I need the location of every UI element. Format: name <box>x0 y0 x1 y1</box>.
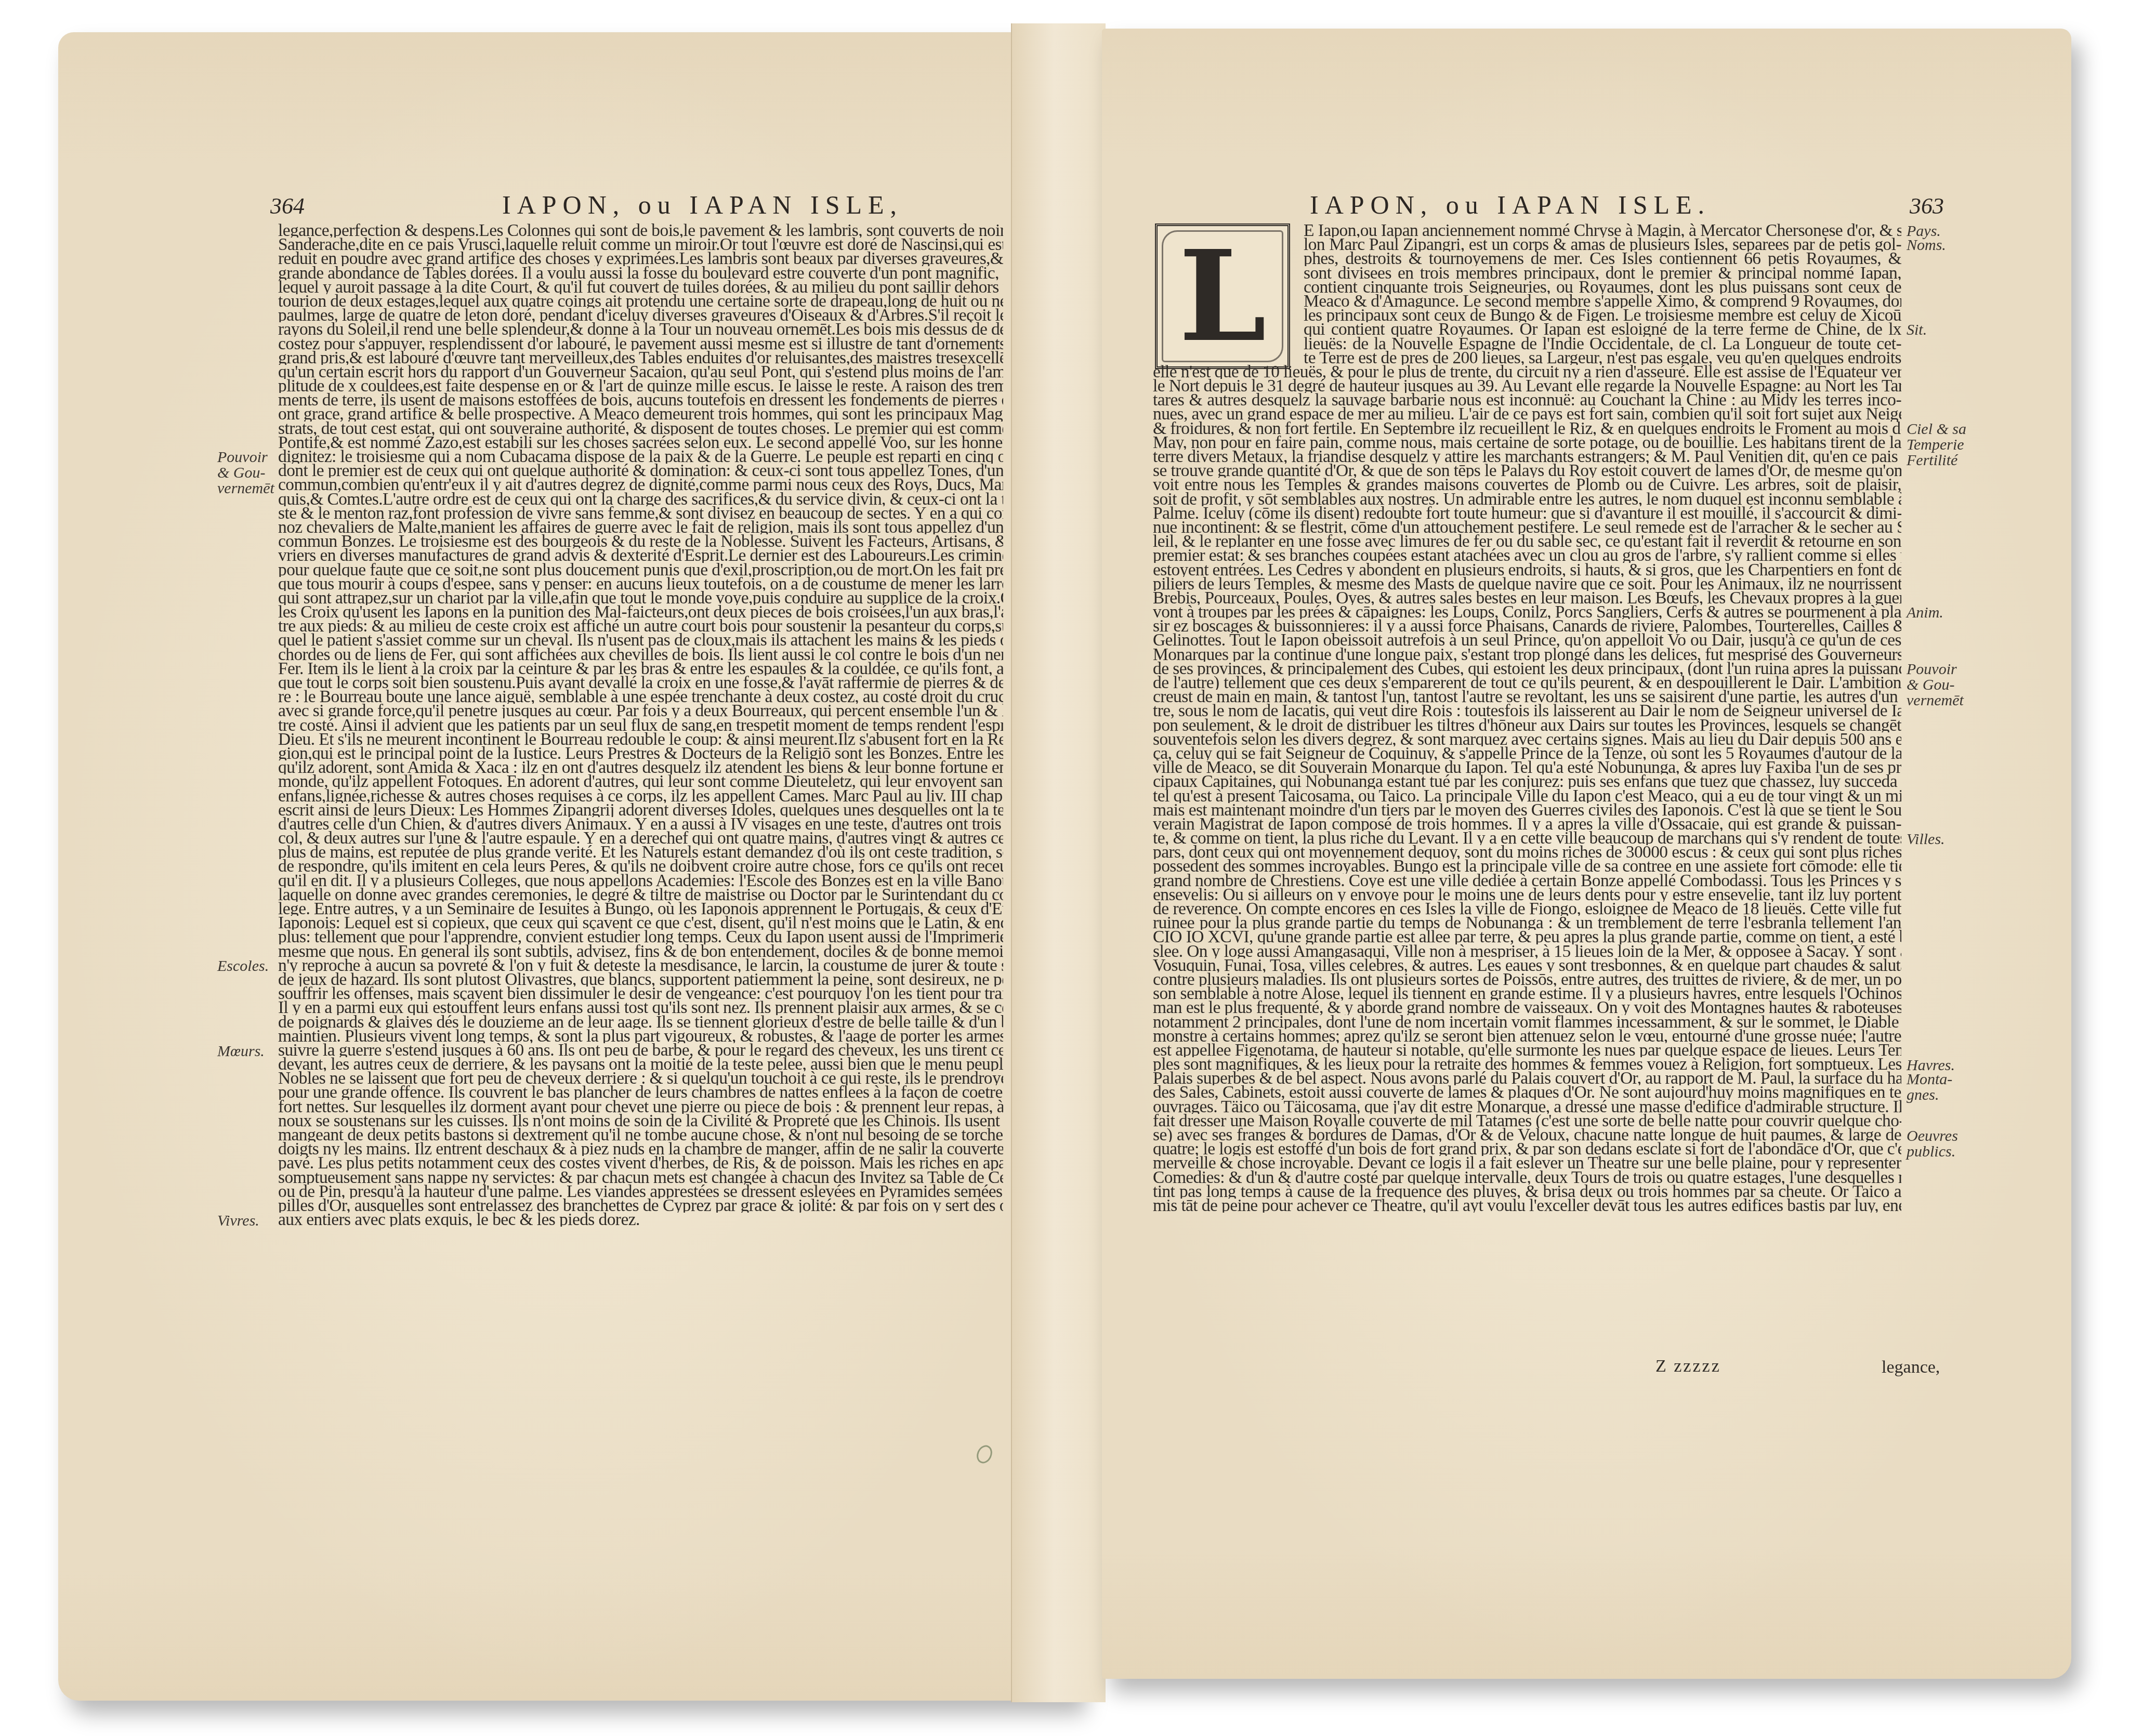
left-page-body: legance,perfection & despens.Les Colonne… <box>278 223 1003 1227</box>
margin-note: Monta- gnes. <box>1907 1072 1952 1103</box>
text-line: d'autres celle d'un Chien, & d'autres di… <box>278 817 1003 831</box>
text-line: escrit ainsi de leurs Dieux: Les Hommes … <box>278 803 1003 817</box>
text-line: qu'un certain escrit hors du rapport d'u… <box>278 365 1003 379</box>
text-line: souventefois selon les divers degrez, & … <box>1153 732 1901 746</box>
text-line: cipaux Capitaines, qui Nobunanga estant … <box>1153 774 1901 788</box>
text-line: devant, les autres ceux de derriere, & l… <box>278 1057 1003 1071</box>
text-line: tre, sous le nom de Iacatis, qui veut di… <box>1153 704 1901 718</box>
text-line: creust de main en main, & tantost l'un, … <box>1153 690 1901 704</box>
left-page-header: 364 IAPON, ou IAPAN ISLE, <box>270 190 1029 220</box>
running-title: IAPON, ou IAPAN ISLE. <box>1310 190 1711 220</box>
text-line: que tout le corps soit bien soustenu.Pui… <box>278 676 1003 690</box>
margin-note: Noms. <box>1907 238 1946 253</box>
text-line: Brebis, Pourceaux, Poules, Oyes, & autre… <box>1153 591 1901 605</box>
text-line: lege. Entre autres, y a un Seminaire de … <box>278 902 1003 916</box>
text-line: E Iapon,ou Iapan anciennement nommé Chry… <box>1304 223 1901 238</box>
text-line: sont divisees en trois membres principau… <box>1304 266 1901 280</box>
text-line: tel qu'est à present Taicosama, ou Taico… <box>1153 789 1901 803</box>
text-line: Fer. Item ils le lient à la croix par la… <box>278 662 1003 676</box>
text-line: grande abondance de Tables dorées. Il a … <box>278 266 1003 280</box>
text-line: enfans,lignée,richesse & autres choses r… <box>278 789 1003 803</box>
text-line: vont à troupes par les prées & cāpaignes… <box>1153 605 1901 619</box>
text-line: lon Marc Paul Zipangri, est un corps & a… <box>1304 238 1901 252</box>
running-title: IAPON, ou IAPAN ISLE, <box>502 190 903 220</box>
text-line: est appellee Figenotama, de hauteur si n… <box>1153 1043 1901 1057</box>
text-line: nues, avec un grand espace de mer au mil… <box>1153 407 1901 421</box>
text-line: fort nettes. Sur lesquelles ilz dorment … <box>278 1100 1003 1114</box>
text-line: se trouve grande quantité d'Or, & que de… <box>1153 464 1901 478</box>
text-line: fait dresser une Maison Royalle couverte… <box>1153 1114 1901 1128</box>
text-line: quel le patient s'assiet comme sur un ch… <box>278 633 1003 647</box>
text-line: pars, dont ceux qui ont moyennement dequ… <box>1153 845 1901 859</box>
text-line: qui contient quatre Royaumes. Or Iapan e… <box>1304 322 1901 336</box>
text-line: tares & autres desquelz la sauvage barba… <box>1153 393 1901 407</box>
text-line: elle n'est que de 10 lieuës, & pour le p… <box>1153 365 1901 379</box>
text-line: pavé. Les plus petits notamment ceux des… <box>278 1156 1003 1170</box>
text-line: legance,perfection & despens.Les Colonne… <box>278 223 1003 238</box>
text-line: plitude de x couldees,est faite despense… <box>278 379 1003 393</box>
text-line: tourion de deux estages,lequel aux quatr… <box>278 294 1003 308</box>
text-line: gion,qui est le principal point de la Iu… <box>278 746 1003 760</box>
text-line: ples sont magnifiques, & les lieux pour … <box>1153 1057 1901 1071</box>
text-line: piliers de leurs Temples, & mesme des Ma… <box>1153 577 1901 591</box>
text-line: ste & le menton raz,font profession de v… <box>278 506 1003 520</box>
text-line: possedent des sommes incroyables. Bungo … <box>1153 859 1901 873</box>
text-line: terre divers Metaux, la friandise desque… <box>1153 450 1901 464</box>
text-line: estoyent entrées. Les Cedres y abondent … <box>1153 563 1901 577</box>
text-line: le Nort depuis le 31 degré de hauteur ju… <box>1153 379 1901 393</box>
text-line: Comedies: & d'un & d'autre costé par que… <box>1153 1171 1901 1185</box>
margin-note: Pouvoir & Gou- vernemēt <box>1907 662 1964 708</box>
text-line: son semblable à notre Alose, lequel ils … <box>1153 987 1901 1001</box>
text-line: verain Magistrat de Iapon composé de tro… <box>1153 817 1901 831</box>
text-line: mais est maintenant moindre d'un tiers p… <box>1153 803 1901 817</box>
margin-note: Sit. <box>1907 322 1927 338</box>
text-line: Palais superbes & de bel aspect. Nous av… <box>1153 1071 1901 1085</box>
text-line: premier estat: & ses branches coupées es… <box>1153 548 1901 562</box>
text-line: Dieu. Et s'ils ne meurent incontinent le… <box>278 732 1003 746</box>
text-line: Gelinottes. Tout le Iapon obeissoit autr… <box>1153 633 1901 647</box>
text-line: les principaux sont ceux de Bungo & de F… <box>1304 308 1901 322</box>
text-line: monde, qu'ilz appellent Fotoques. En ado… <box>278 774 1003 788</box>
text-line: sir ez boscages & buissonnieres: il y a … <box>1153 619 1901 633</box>
text-line: mangeant de deux petits bastons si dextr… <box>278 1128 1003 1142</box>
text-line: ruinee pour la plus grande partie du tem… <box>1153 916 1901 930</box>
text-line: paulmes, large de quatre de leton doré, … <box>278 308 1003 322</box>
text-line: Vosuquin, Funai, Tosa, villes celebres, … <box>1153 958 1901 972</box>
text-line: ça, celuy qui se fait Seigneur de Coquin… <box>1153 746 1901 760</box>
text-line: somptueusement sans nappe ny servictes: … <box>278 1171 1003 1185</box>
text-line: ou de Pin, presqu'à la hauteur d'une pal… <box>278 1185 1003 1199</box>
text-line: nue incontinent: & se flestrit, cōme d'u… <box>1153 520 1901 534</box>
text-line: soit de profit, y sōt semblables aux nos… <box>1153 492 1901 506</box>
page-number: 364 <box>270 193 305 219</box>
margin-note: Villes. <box>1907 832 1945 847</box>
text-line: avec si grande force,qu'il penetre jusqu… <box>278 704 1003 718</box>
text-line: col, & deux autres sur l'une & l'autre e… <box>278 831 1003 845</box>
text-line: pilles d'Or, ausquelles sont entrelassez… <box>278 1199 1003 1213</box>
text-line: merveille & chose incroyable. Devant ce … <box>1153 1156 1901 1170</box>
text-line: Pontife,& est nommé Zazo,est estabili su… <box>278 436 1003 450</box>
text-line: te Terre est de pres de 200 lieues, sa L… <box>1304 351 1901 365</box>
text-line: phes, destroits & tournoyemens de mer. C… <box>1304 252 1901 266</box>
text-line: contient cinquante trois Seigneuries, ou… <box>1304 280 1901 294</box>
text-line: chordes ou de liens de Fer, qui sont aff… <box>278 648 1003 662</box>
text-line: strats, de tout cest estat, qui ont souv… <box>278 422 1003 436</box>
text-line: de ses provinces, & principalement des C… <box>1153 662 1901 676</box>
text-line: de respondre, qu'ils imitent en cela leu… <box>278 859 1003 873</box>
text-line: Iaponois: Lequel est si copieux, que ceu… <box>278 916 1003 930</box>
text-line: CIO IO XCVI, qu'une grande partie est al… <box>1153 930 1901 944</box>
text-line: reduit en poudre avec grand artifice des… <box>278 252 1003 266</box>
text-line: souffrir les offenses, mais sçavent bien… <box>278 987 1003 1001</box>
text-line: doigts ny les mains. Ilz entrent deschau… <box>278 1142 1003 1156</box>
text-line: de poignards & glaives dés le douzieme a… <box>278 1015 1003 1029</box>
text-line: de reverence. On compte encores en ces I… <box>1153 902 1901 916</box>
text-line: les Croix qu'usent les Iapons en la puni… <box>278 605 1003 619</box>
text-line: ments de terre, ils usent de maisons est… <box>278 393 1003 407</box>
text-line: ouvrages. Täico ou Täicosama, que j'ay d… <box>1153 1100 1901 1114</box>
text-line: n'y reproche à aucun sa povreté & l'on y… <box>278 958 1003 972</box>
text-line: commun,combien qu'entr'eux il y ait d'au… <box>278 478 1003 492</box>
text-line: commun Bonzes. Le troisiesme est des bou… <box>278 534 1003 548</box>
margin-note: Anim. <box>1907 605 1943 621</box>
text-line: lieuës: de la Nouvelle Espagne de l'Indi… <box>1304 337 1901 351</box>
text-line: Monarques par la continue d'une longue p… <box>1153 648 1901 662</box>
center-gutter-fold <box>1011 23 1106 1702</box>
text-line: Palme. Iceluy (cōme ils disent) redoubte… <box>1153 506 1901 520</box>
text-line: Nobles ne se laissent que fort peu de ch… <box>278 1071 1003 1085</box>
text-line: maintien. Plusieurs vivent long temps, &… <box>278 1029 1003 1043</box>
text-line: se) avec ses franges & bordures de Damas… <box>1153 1128 1901 1142</box>
text-line: te, & comme on tient, la plus riche du L… <box>1153 831 1901 845</box>
text-line: Sanderache,dite en ce pais Vrusci,laquel… <box>278 238 1003 252</box>
text-line: ensevelis: Ou si ailleurs on y envoye po… <box>1153 888 1901 902</box>
text-line: mesme que nous. En general ils sont subt… <box>278 944 1003 958</box>
text-line: pon seulement, & le droit de distribuer … <box>1153 718 1901 732</box>
text-line: lequel y auroit passage à la dite Court,… <box>278 280 1003 294</box>
text-line: plus de mains, est reputée de plus grand… <box>278 845 1003 859</box>
text-line: slee. On y loge aussi Amangasaqui, Ville… <box>1153 944 1901 958</box>
margin-note: Escoles. <box>217 958 269 974</box>
text-line: tre costé. Ainsi il advient que les pati… <box>278 718 1003 732</box>
text-line: man est le plus frequenté, & y aborde gr… <box>1153 1001 1901 1015</box>
text-line: mis tāt de peine pour achever ce Theatre… <box>1153 1199 1901 1213</box>
page-number: 363 <box>1910 193 1944 219</box>
text-line: ont grace, grand artifice & belle prospe… <box>278 407 1003 421</box>
margin-note: Ciel & sa Temperie Fertilité <box>1907 422 1966 468</box>
text-line: contre plusieurs maladies. Ils ont plusi… <box>1153 972 1901 987</box>
text-line: dont le premier est de ceux qui ont quel… <box>278 464 1003 478</box>
text-line: re : le Bourreau boute une lance aiguë, … <box>278 690 1003 704</box>
text-line: leil, & le replanter en une fosse avec l… <box>1153 534 1901 548</box>
text-line: May, non pour en faire pain, comme nous,… <box>1153 436 1901 450</box>
text-line: de l'autre) tellement que ces deux s'emp… <box>1153 676 1901 690</box>
margin-note: Oeuvres publics. <box>1907 1128 1958 1160</box>
catchword: legance, <box>1882 1358 1940 1377</box>
text-line: monstre à certains hommes; aprez qu'ilz … <box>1153 1029 1901 1043</box>
text-line: grand pris,& est labouré d'œuvre tant me… <box>278 351 1003 365</box>
text-line: & froidures, & non fort fertile. En Sept… <box>1153 422 1901 436</box>
text-line: vriers en diverses manufactures de grand… <box>278 548 1003 562</box>
text-line: costez pour s'appuyer, resplendissent d'… <box>278 337 1003 351</box>
text-line: rayons du Soleil,il rend une belle splen… <box>278 322 1003 336</box>
right-page-header: IAPON, ou IAPAN ISLE. 363 <box>1310 190 1944 220</box>
text-line: noux se soustenans sur les cuisses. Ils … <box>278 1114 1003 1128</box>
text-line: noz chevaliers de Malte,manient les affa… <box>278 520 1003 534</box>
text-line: de jeux de hazard. Ils sont plutost Oliv… <box>278 972 1003 987</box>
text-line: quis,& Comtes.L'autre ordre est de ceux … <box>278 492 1003 506</box>
text-line: ville de Meaco, se dit Souverain Monarqu… <box>1153 760 1901 774</box>
text-line: qu'ilz adorent, sont Amida & Xaca : ilz … <box>278 760 1003 774</box>
text-line: pour une grande offence. Ils couvrent le… <box>278 1085 1003 1099</box>
text-line: suivre la guerre s'estend jusques à 60 a… <box>278 1043 1003 1057</box>
text-line: voit entre nous les Temples & grandes ma… <box>1153 478 1901 492</box>
text-line: plus: tellement que pour l'apprendre, co… <box>278 930 1003 944</box>
text-line: quatre; le logis est estoffé d'un bois d… <box>1153 1142 1901 1156</box>
margin-note: Vivres. <box>217 1213 259 1229</box>
margin-note: Pouvoir & Gou- vernemēt <box>217 450 274 496</box>
text-line: notamment 2 principales, dont l'une de n… <box>1153 1015 1901 1029</box>
text-line: Il y en a parmi eux qui estouffent leurs… <box>278 1001 1003 1015</box>
text-line: grand nombre de Chrestiens. Coye est une… <box>1153 874 1901 888</box>
text-line: qui sont attrapez,sur un chariot par la … <box>278 591 1003 605</box>
text-line: laquelle on donne avec grandes ceremonie… <box>278 888 1003 902</box>
text-line: qu'il en dit. Il y a plusieurs Colleges,… <box>278 874 1003 888</box>
text-line: Meaco & d'Amagunce. Le second membre s'a… <box>1304 294 1901 308</box>
text-line: aux entiers avec plats exquis, le bec & … <box>278 1213 1003 1227</box>
text-line: que tous mourir à coups d'espee, sans y … <box>278 577 1003 591</box>
margin-note: Mœurs. <box>217 1044 265 1059</box>
text-line: des Sales, Cabinets, estoit aussi couver… <box>1153 1085 1901 1099</box>
text-line: tint pas long temps à cause de la freque… <box>1153 1185 1901 1199</box>
signature-mark: Z zzzzz <box>1655 1357 1721 1376</box>
text-line: pour quelque faute que ce soit,ne sont p… <box>278 563 1003 577</box>
text-line: dignitez: le troisiesme qui a nom Cubaca… <box>278 450 1003 464</box>
text-line: tre aux pieds: & au milieu de ceste croi… <box>278 619 1003 633</box>
right-page-body: E Iapon,ou Iapan anciennement nommé Chry… <box>1153 223 1901 1213</box>
